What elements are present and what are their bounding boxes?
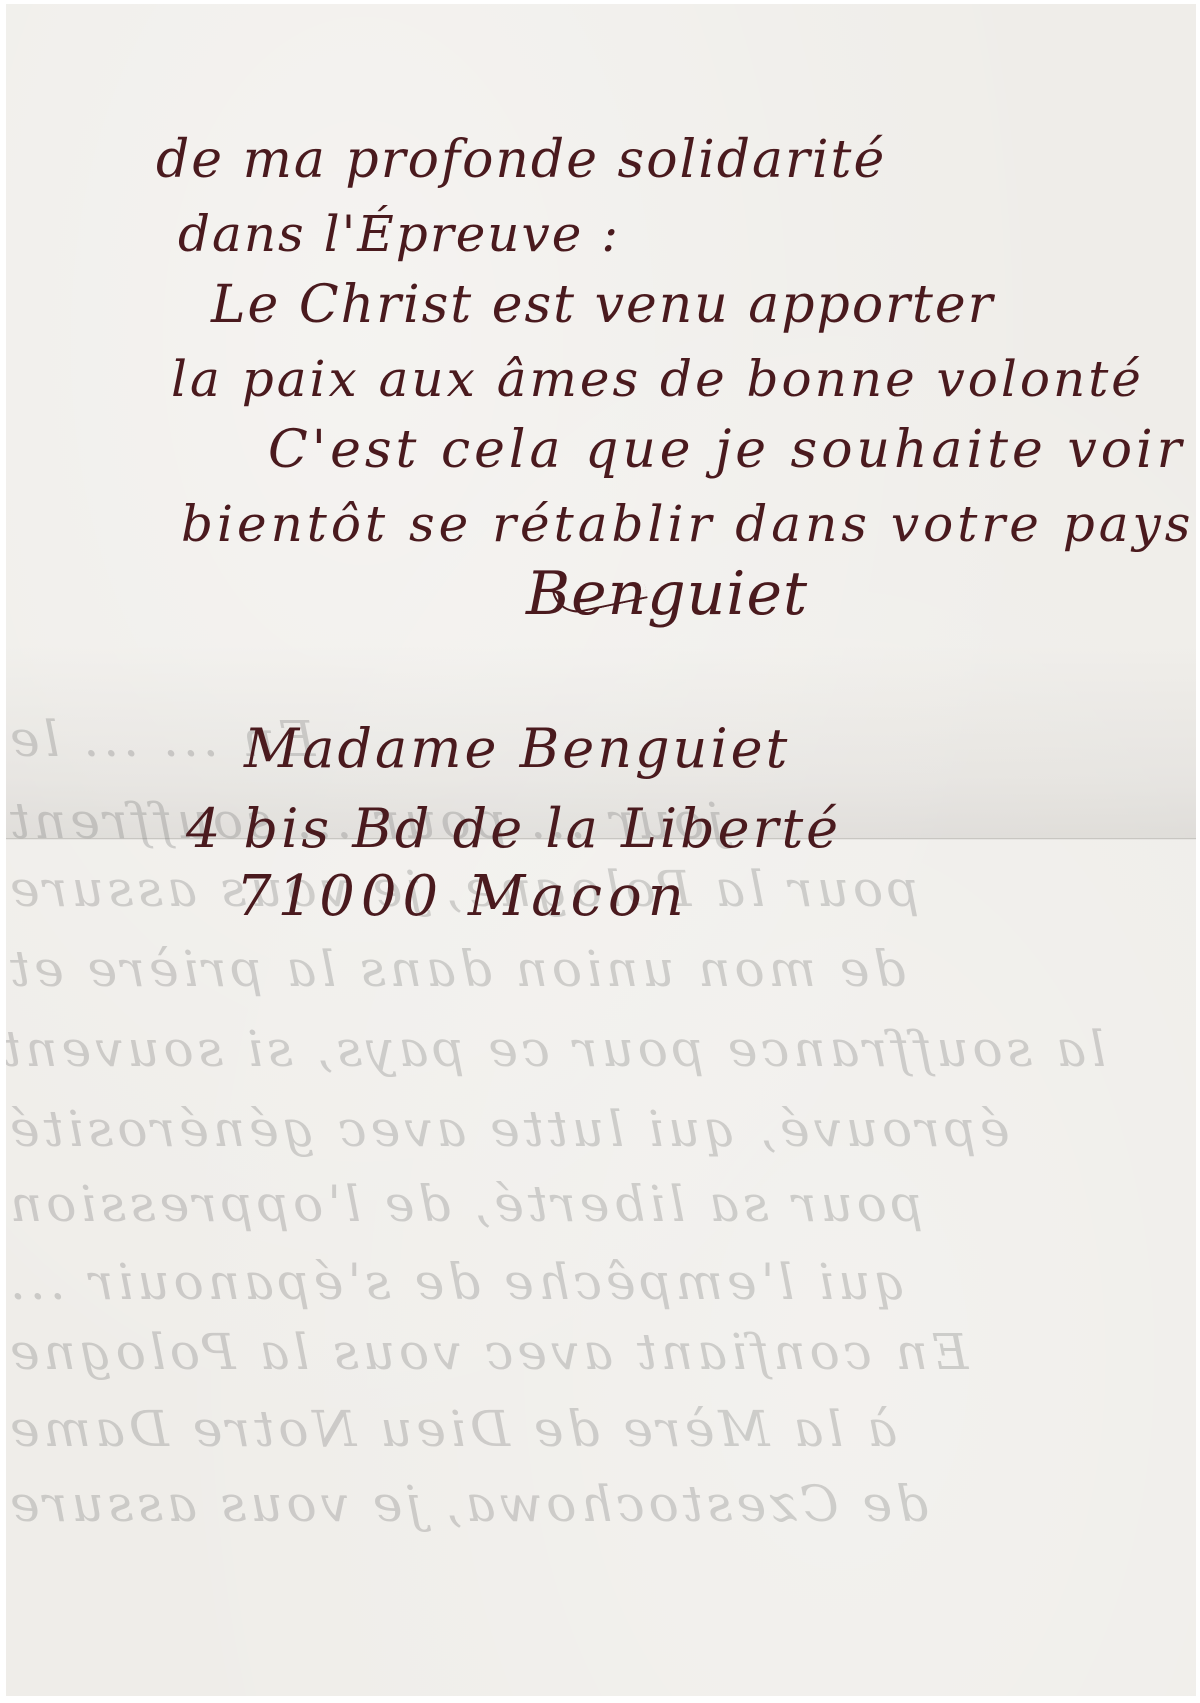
bleed-through-line: pour sa liberté, de l'oppression <box>6 1179 1106 1229</box>
bleed-through-line: de Czestochowa, je vous assure <box>6 1479 1106 1529</box>
bleed-through-line: de mon union dans la prière et <box>6 944 1106 994</box>
address-name: Madame Benguiet <box>244 722 790 776</box>
letter-line: dans l'Épreuve : <box>178 209 620 259</box>
letter-line: de ma profonde solidarité <box>156 134 886 186</box>
address-city: 71000 Macon <box>236 869 690 925</box>
bleed-through-line: à la Mère de Dieu Notre Dame <box>6 1404 1106 1454</box>
bleed-through-line: éprouvé, qui lutte avec générosité <box>6 1104 1106 1154</box>
letter-line: C'est cela que je souhaite voir <box>268 424 1186 476</box>
letter-line: bientôt se rétablir dans votre pays. <box>181 499 1196 549</box>
letter-line: Le Christ est venu apporter <box>211 279 995 331</box>
letter-line: la paix aux âmes de bonne volonté <box>171 354 1144 404</box>
address-street: 4 bis Bd de la Liberté <box>186 802 841 856</box>
bleed-through-line: qui l'empêche de s'épanouir ... <box>6 1257 1106 1307</box>
bleed-through-line: la souffrance pour ce pays, si souvent <box>6 1024 1106 1074</box>
letter-page: En ... ... le jour ... pour ... souffren… <box>6 4 1196 1696</box>
bleed-through-line: En confiant avec vous la Pologne <box>6 1327 1106 1377</box>
